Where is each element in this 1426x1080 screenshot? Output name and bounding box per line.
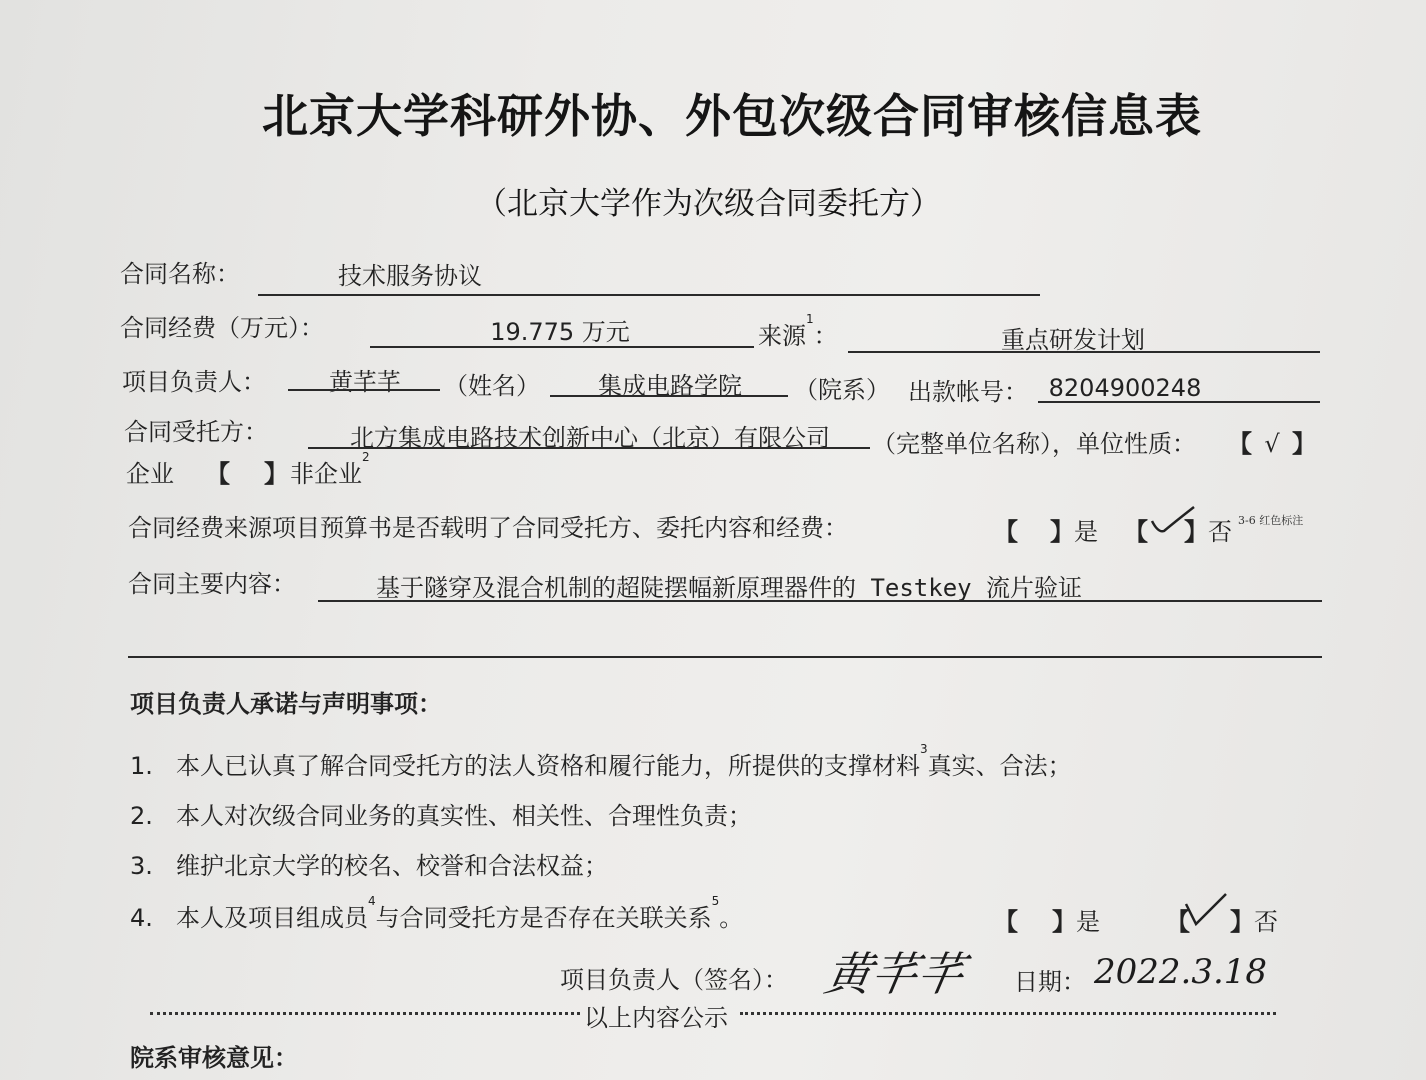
main-content-underline [318,600,1322,602]
name-suffix: （姓名） [444,366,540,401]
main-content-label: 合同主要内容： [128,564,296,599]
main-content-underline-2 [128,656,1322,658]
contractee-suffix: （完整单位名称），单位性质： [872,424,1196,459]
non-enterprise-checkbox[interactable]: 【】 [206,454,288,489]
commitment-item-3: 3.维护北京大学的校名、校誉和合法权益； [130,846,608,881]
main-content-value[interactable]: 基于隧穿及混合机制的超陡摆幅新原理器件的 Testkey 流片验证 [320,568,1326,603]
account-underline [1038,401,1320,403]
contract-name-label: 合同名称： [120,254,240,289]
red-annotation-note: 3-6 红色标注 [1238,512,1303,528]
enterprise-checkbox[interactable]: 【√】 [1228,424,1316,459]
handwritten-check-icon [1148,503,1198,537]
source-label: 来源1： [758,316,838,351]
divider-label: 以上内容公示 [584,998,728,1033]
budget-question-label: 合同经费来源项目预算书是否载明了合同受托方、委托内容和经费： [128,508,848,543]
contract-name-value[interactable]: 技术服务协议 [260,256,560,291]
contract-fee-underline [370,346,754,348]
enterprise-label: 企业 [126,454,174,489]
contractee-label: 合同受托方： [124,412,268,447]
review-label: 院系审核意见： [130,1038,298,1073]
account-label: 出款帐号： [908,372,1028,407]
divider-dots-left [150,1012,580,1015]
non-enterprise-label: 非企业2 [290,454,370,489]
commitment-item-2: 2.本人对次级合同业务的真实性、相关性、合理性负责； [130,796,752,831]
source-value[interactable]: 重点研发计划 [848,320,1298,355]
department-underline [550,395,788,397]
commitment-item-4: 4.本人及项目组成员4与合同受托方是否存在关联关系5。 [130,898,743,933]
document-title: 北京大学科研外协、外包次级合同审核信息表 [262,80,1202,146]
contract-name-underline [258,294,1040,296]
source-underline [848,351,1320,353]
contract-fee-label: 合同经费（万元）： [120,308,324,343]
contractee-underline [308,447,870,449]
signature-handwriting[interactable]: 黄芊芊 [820,938,970,1004]
date-value[interactable]: 2022.3.18 [1094,952,1267,992]
commitment-item-1: 1.本人已认真了解合同受托方的法人资格和履行能力，所提供的支撑材料3真实、合法； [130,746,1072,781]
handwritten-check-icon-2 [1180,890,1230,930]
project-leader-label: 项目负责人： [122,362,266,397]
date-label: 日期： [1014,962,1086,997]
document-subtitle: （北京大学作为次级合同委托方） [476,178,941,223]
project-leader-value[interactable]: 黄芊芊 [290,362,440,397]
contract-fee-value[interactable]: 19.775 万元 [370,312,750,347]
divider-dots-right [740,1012,1276,1015]
department-suffix: （院系） [794,370,890,405]
account-value[interactable]: 8204900248 [1040,374,1210,402]
relation-yes-checkbox[interactable]: 【】是 [994,902,1100,937]
signature-label: 项目负责人（签名）： [560,960,788,995]
budget-yes-checkbox[interactable]: 【】是 [994,512,1098,547]
project-leader-underline [288,389,440,391]
commitments-heading: 项目负责人承诺与声明事项： [130,684,442,719]
